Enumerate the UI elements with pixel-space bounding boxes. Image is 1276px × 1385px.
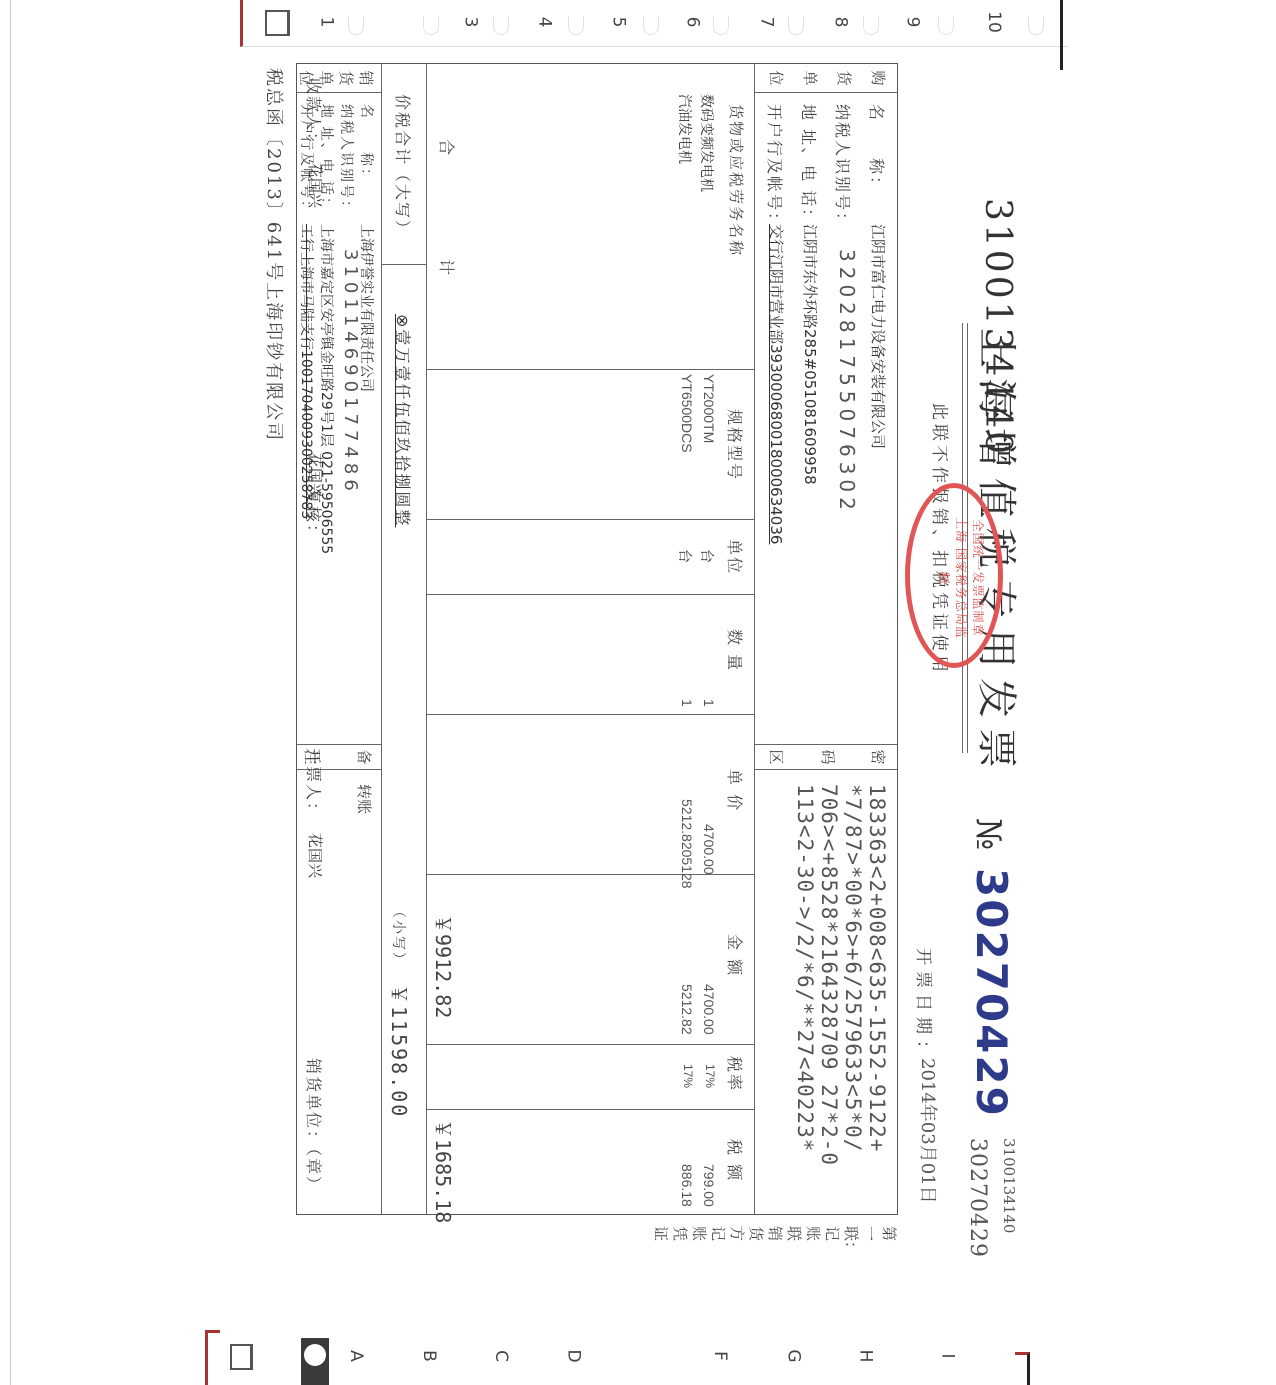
- corner-bracket: [205, 1330, 220, 1385]
- sprocket-hole-icon: [788, 16, 804, 35]
- copy-note: 第一联：记账联 销货方记账凭证: [651, 1226, 898, 1248]
- strip-number: 1: [316, 17, 336, 28]
- seller-label-char: 货: [336, 68, 357, 88]
- item-tax: 799.00: [701, 1164, 717, 1207]
- corner-bracket: [1015, 1352, 1030, 1385]
- divider: [297, 744, 382, 745]
- item-amount: 5212.82: [679, 984, 695, 1035]
- col-header-amount: 金 额: [724, 934, 747, 977]
- col-header-spec: 规格型号: [724, 409, 747, 481]
- divider: [427, 1109, 755, 1110]
- item-tax: 886.18: [679, 1164, 695, 1207]
- stamp-text: 全国统一发票监制章 上海 国家税务总局监制: [935, 513, 986, 643]
- strip-letter: D: [564, 1349, 584, 1362]
- buyer-address: 江阴市东外环路285#051081609958: [800, 224, 821, 485]
- col-header-qty: 数 量: [724, 629, 747, 672]
- col-header-name: 货物或应税劳务名称: [726, 104, 747, 257]
- invoice-grid: 购 货 单 位 名 称： 江阴市富仁电力设备安装有限公司 纳税人识别号： 320…: [296, 63, 898, 1215]
- strip-number: 5: [608, 17, 628, 28]
- col-header-unit: 单位: [724, 539, 747, 575]
- buyer-bank-label: 开户行及帐号：: [764, 104, 787, 230]
- strip-letter: H: [855, 1350, 875, 1363]
- divider: [382, 264, 427, 265]
- item-tax-rate: 17%: [703, 1064, 717, 1088]
- remarks-label-char: 备: [354, 747, 375, 767]
- divider: [427, 369, 755, 370]
- divider: [427, 714, 755, 715]
- invoice-date: 2014年03月01日: [916, 1058, 942, 1204]
- item-unit: 台: [697, 549, 717, 563]
- payee-label: 收款人：: [303, 78, 326, 150]
- divider: [755, 92, 897, 93]
- buyer-tax-id: 320281755076302: [835, 249, 859, 515]
- strip-letter: F: [710, 1351, 730, 1361]
- sprocket-hole-icon: [348, 16, 364, 35]
- buyer-label-char: 单: [800, 68, 821, 88]
- item-unit: 台: [675, 549, 695, 563]
- small-invoice-code: 3100134140: [1000, 1138, 1018, 1233]
- total-label: 合 计: [436, 139, 459, 283]
- vat-invoice: 3100134140 上海增值税专用发票 此联不作报销、扣税凭证使用 全国统一发…: [248, 58, 1038, 1348]
- buyer-label-char: 位: [766, 68, 787, 88]
- strip-letter: I: [938, 1353, 958, 1358]
- item-tax-rate: 17%: [681, 1064, 695, 1088]
- divider: [426, 64, 427, 1214]
- drawer-name: 花国兴: [305, 833, 326, 878]
- reviewer-name: 花国兴: [305, 453, 326, 498]
- grand-total-small-label: （小写）: [389, 904, 409, 968]
- item-qty: 1: [701, 699, 717, 707]
- sprocket-hole-icon: [863, 16, 879, 35]
- scan-edge: [1060, 0, 1063, 70]
- total-amount: ￥9912.82: [430, 914, 459, 1018]
- grand-total-label: 价税合计（大写）: [392, 94, 415, 238]
- sprocket-hole-icon: [423, 16, 439, 35]
- divider: [754, 64, 755, 1214]
- grand-total-small: ￥11598.00: [386, 984, 415, 1118]
- number-symbol: №: [968, 818, 1008, 850]
- item-price: 4700.00: [701, 824, 717, 875]
- strip-letter: C: [491, 1350, 511, 1362]
- sprocket-hole-icon: [643, 16, 659, 35]
- seller-label-char: 销: [356, 68, 377, 88]
- tractor-strip-top: 1 3 4 5 6 7 8 9 10: [240, 0, 1068, 47]
- col-header-price: 单 价: [724, 769, 747, 812]
- invoice-body: 3100134140 上海增值税专用发票 此联不作报销、扣税凭证使用 全国统一发…: [258, 58, 1038, 1328]
- small-invoice-number: 30270429: [965, 1138, 990, 1258]
- strip-letter: A: [346, 1350, 366, 1362]
- scan-edge: [10, 0, 11, 1385]
- divider: [427, 594, 755, 595]
- seller-tax-id: 310114690177486: [340, 249, 361, 496]
- strip-number: 8: [830, 17, 850, 28]
- strip-number: 7: [756, 17, 776, 28]
- item-name: 汽油发电机: [675, 94, 695, 164]
- item-spec: YT6500DCS: [679, 374, 695, 453]
- remarks-value: 转账: [354, 784, 375, 814]
- invoice-number: 30270429: [967, 868, 1016, 1118]
- buyer-label-char: 购: [868, 68, 889, 88]
- cipher-label-char: 密: [868, 747, 889, 767]
- strip-letter: B: [419, 1350, 439, 1362]
- item-name: 数码变频发电机: [697, 94, 717, 192]
- seller-seal-label: 销货单位：（章）: [303, 1058, 326, 1194]
- strip-number: 6: [682, 17, 702, 28]
- strip-number: 9: [902, 17, 922, 28]
- buyer-name: 江阴市富仁电力设备安装有限公司: [868, 224, 889, 449]
- date-label: 开票日期：: [913, 948, 938, 1063]
- total-tax: ￥1685.18: [430, 1119, 459, 1223]
- registration-mark-icon: [265, 10, 290, 36]
- col-header-tax-rate: 税率: [724, 1056, 747, 1092]
- item-qty: 1: [679, 699, 695, 707]
- divider: [427, 1044, 755, 1045]
- sprocket-hole-icon: [1028, 16, 1044, 35]
- buyer-label-char: 货: [834, 68, 855, 88]
- buyer-address-label: 地 址、电 话：: [798, 104, 821, 226]
- printer-note: 税总函〔2013〕641号上海印钞有限公司: [262, 68, 288, 442]
- grand-total-words: ⊗壹万壹仟伍佰玖拾捌圆整: [392, 314, 415, 527]
- item-price: 5212.8205128: [679, 799, 695, 889]
- divider: [755, 744, 897, 745]
- strip-letter: G: [784, 1349, 804, 1362]
- buyer-bank: 交行江阴市营业部393000680018000634036: [766, 224, 787, 544]
- sprocket-hole-icon: [938, 16, 954, 35]
- seller-tax-id-label: 纳税人识别号：: [337, 104, 357, 216]
- cipher-label-char: 区: [766, 747, 787, 767]
- sprocket-hole-icon: [568, 16, 584, 35]
- divider: [427, 519, 755, 520]
- cipher-area: 183363<2+008<635-1552-9122+*7/87>*00*6>+…: [793, 784, 889, 1166]
- seller-name-label: 名 称：: [357, 104, 377, 184]
- payee-name: 花国兴: [305, 163, 326, 208]
- sprocket-hole-icon: [493, 16, 509, 35]
- col-header-tax: 税 额: [724, 1139, 747, 1182]
- divider: [755, 769, 897, 770]
- strip-number: 4: [534, 17, 554, 28]
- drawer-label: 开票人：: [303, 748, 326, 820]
- strip-number: 3: [460, 17, 480, 28]
- cipher-label-char: 码: [818, 747, 839, 767]
- divider: [381, 64, 382, 1214]
- buyer-name-label: 名 称：: [866, 104, 889, 194]
- sprocket-hole-icon: [713, 16, 729, 35]
- strip-number: 10: [984, 11, 1004, 33]
- item-spec: YT2000TM: [701, 374, 717, 443]
- buyer-tax-id-label: 纳税人识别号：: [832, 104, 855, 230]
- item-amount: 4700.00: [701, 984, 717, 1035]
